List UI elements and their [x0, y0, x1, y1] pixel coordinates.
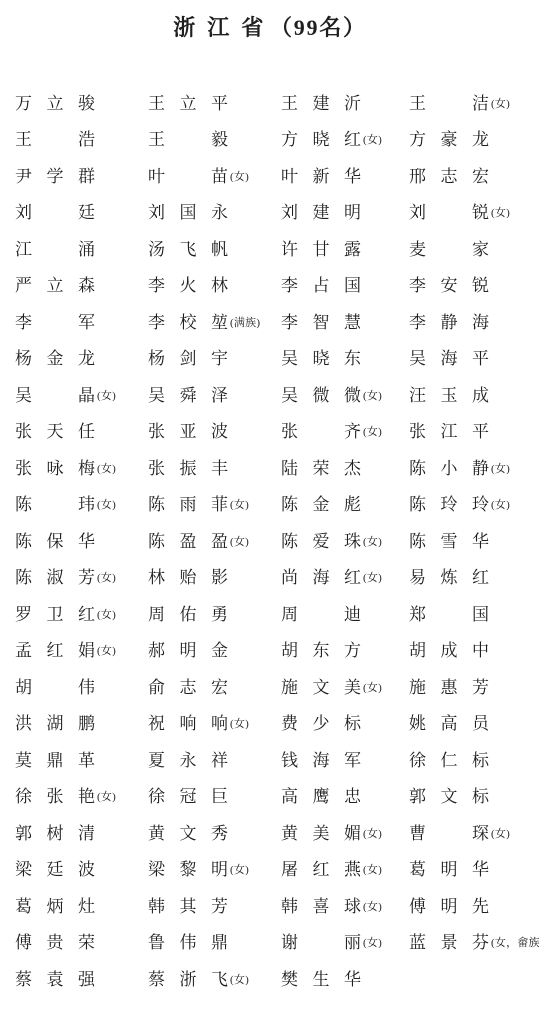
person-name-char: 露: [344, 241, 361, 258]
person-name: 汪玉成: [409, 387, 489, 404]
person-name-char: 学: [47, 168, 64, 185]
person-name-char: 徐: [148, 788, 165, 805]
person-name-char: 海: [472, 314, 489, 331]
person-name: 胡成中: [409, 642, 489, 659]
person-name-char: 玲: [441, 496, 458, 513]
person-name: 郝明金: [148, 642, 228, 659]
person-name: 王建沂: [281, 95, 361, 112]
person-name-char: 胡: [409, 642, 426, 659]
person-name: 陈盈盈: [148, 533, 228, 550]
person-note: (女): [97, 792, 116, 803]
person-name-char: 红: [313, 861, 330, 878]
person-name-char: 保: [47, 533, 64, 550]
name-grid: 万立骏王立平王建沂王洁(女)王浩王毅方晓红(女)方豪龙尹学群叶苗(女)叶新华邢志…: [15, 85, 536, 998]
page-title-count: （99名）: [270, 15, 367, 40]
person-name-char: 彪: [344, 496, 361, 513]
person-note: (女): [363, 865, 382, 876]
person-name: 邢志宏: [409, 168, 489, 185]
person-name-char: 安: [441, 277, 458, 294]
person-name-char: 占: [313, 277, 330, 294]
person-name-char: 立: [47, 95, 64, 112]
person-name-char: 廷: [78, 204, 95, 221]
person-cell: 周佑勇: [148, 596, 281, 633]
person-name-char: 鹏: [78, 715, 95, 732]
person-name-char: 巨: [211, 788, 228, 805]
person-name-char: 佑: [180, 606, 197, 623]
person-cell: 万立骏: [15, 85, 148, 122]
person-name-char: 艳: [78, 788, 95, 805]
person-note: (女): [97, 391, 116, 402]
person-name-char: 施: [281, 679, 298, 696]
person-name-char: 生: [313, 971, 330, 988]
person-name-char: 吴: [281, 387, 298, 404]
person-name-char: 王: [148, 131, 165, 148]
person-name-char: 樊: [281, 971, 298, 988]
person-cell: 郑国: [409, 596, 540, 633]
person-name-char: 黎: [180, 861, 197, 878]
person-name: 傅明先: [409, 898, 489, 915]
person-name-char: 骏: [78, 95, 95, 112]
person-name-char: 李: [148, 314, 165, 331]
person-name-char: 其: [180, 898, 197, 915]
person-name-char: 燕: [344, 861, 361, 878]
person-name-char: 方: [344, 642, 361, 659]
person-name: 刘锐: [409, 204, 489, 221]
person-name-char: 红: [472, 569, 489, 586]
person-cell: 张齐(女): [281, 414, 409, 451]
person-name-char: 李: [15, 314, 32, 331]
person-name-char: 张: [281, 423, 298, 440]
person-name: 胡伟: [15, 679, 95, 696]
person-name-char: 永: [180, 752, 197, 769]
person-name-char: 周: [148, 606, 165, 623]
person-name-char: 华: [344, 168, 361, 185]
person-cell: 郭文标: [409, 779, 540, 816]
person-name-char: 金: [211, 642, 228, 659]
person-name-char: 洪: [15, 715, 32, 732]
person-note: (女): [363, 902, 382, 913]
person-name-char: 施: [409, 679, 426, 696]
person-name: 严立森: [15, 277, 95, 294]
person-note: (女): [97, 573, 116, 584]
person-name-char: 王: [281, 95, 298, 112]
person-name: 陈玮: [15, 496, 95, 513]
person-cell: 费少标: [281, 706, 409, 743]
person-name-char: 舜: [180, 387, 197, 404]
person-cell: 王建沂: [281, 85, 409, 122]
person-name-char: 张: [15, 423, 32, 440]
person-name-char: 成: [441, 642, 458, 659]
person-cell: 徐张艳(女): [15, 779, 148, 816]
person-name-char: 先: [472, 898, 489, 915]
person-name-char: 鲁: [148, 934, 165, 951]
person-name-char: 杨: [148, 350, 165, 367]
person-note: (女): [363, 938, 382, 949]
person-name: 叶苗: [148, 168, 228, 185]
person-name-char: 志: [180, 679, 197, 696]
person-name-char: 智: [313, 314, 330, 331]
person-cell: 陈小静(女): [409, 450, 540, 487]
person-name-char: 龙: [78, 350, 95, 367]
person-name-char: 雨: [180, 496, 197, 513]
person-cell: 樊生华: [281, 961, 409, 998]
person-name-char: 郑: [409, 606, 426, 623]
person-name-char: 景: [441, 934, 458, 951]
person-name-char: 天: [47, 423, 64, 440]
person-cell: 施文美(女): [281, 669, 409, 706]
person-name: 刘国永: [148, 204, 228, 221]
person-name-char: 勇: [211, 606, 228, 623]
person-name-char: 美: [313, 825, 330, 842]
person-note: (女): [230, 865, 249, 876]
person-name: 周佑勇: [148, 606, 228, 623]
person-name-char: 立: [180, 95, 197, 112]
person-name-char: 张: [47, 788, 64, 805]
person-name-char: 李: [409, 277, 426, 294]
person-name-char: 鼎: [47, 752, 64, 769]
person-name-char: 钱: [281, 752, 298, 769]
person-name: 吴海平: [409, 350, 489, 367]
person-name-char: 静: [441, 314, 458, 331]
person-cell: 刘廷: [15, 195, 148, 232]
person-name-char: 许: [281, 241, 298, 258]
person-name: 徐冠巨: [148, 788, 228, 805]
person-cell: 张江平: [409, 414, 540, 451]
person-name-char: 张: [148, 423, 165, 440]
person-name-char: 王: [148, 95, 165, 112]
person-name-char: 影: [211, 569, 228, 586]
person-name-char: 军: [344, 752, 361, 769]
person-cell: 陆荣杰: [281, 450, 409, 487]
person-name-char: 飞: [180, 241, 197, 258]
person-name-char: 李: [409, 314, 426, 331]
person-name: 郭树清: [15, 825, 95, 842]
person-name-char: 袁: [47, 971, 64, 988]
person-name-char: 帆: [211, 241, 228, 258]
person-name: 陈爱珠: [281, 533, 361, 550]
person-name-char: 文: [313, 679, 330, 696]
person-name-char: 慧: [344, 314, 361, 331]
person-name: 郭文标: [409, 788, 489, 805]
person-cell: 郭树清: [15, 815, 148, 852]
person-name-char: 廷: [47, 861, 64, 878]
person-name-char: 徐: [409, 752, 426, 769]
person-name-char: 明: [344, 204, 361, 221]
person-name-char: 芬: [472, 934, 489, 951]
person-name: 俞志宏: [148, 679, 228, 696]
person-name-char: 员: [472, 715, 489, 732]
person-name: 许甘露: [281, 241, 361, 258]
person-name: 张咏梅: [15, 460, 95, 477]
person-name-char: 吴: [409, 350, 426, 367]
person-name-char: 建: [313, 204, 330, 221]
person-name: 尚海红: [281, 569, 361, 586]
person-name-char: 陈: [148, 496, 165, 513]
person-name-char: 金: [313, 496, 330, 513]
person-note: (女): [491, 829, 510, 840]
person-name-char: 灶: [78, 898, 95, 915]
person-name-char: 蓝: [409, 934, 426, 951]
person-cell: 麦家: [409, 231, 540, 268]
person-name-char: 梁: [148, 861, 165, 878]
person-name-char: 沂: [344, 95, 361, 112]
person-name-char: 陈: [409, 460, 426, 477]
person-name-char: 江: [15, 241, 32, 258]
person-note: (女): [491, 99, 510, 110]
person-name-char: 永: [211, 204, 228, 221]
person-name: 陈雪华: [409, 533, 489, 550]
person-name: 屠红燕: [281, 861, 361, 878]
person-name-char: 龙: [472, 131, 489, 148]
person-cell: 陈雪华: [409, 523, 540, 560]
person-cell: 张亚波: [148, 414, 281, 451]
person-name-char: 标: [472, 788, 489, 805]
person-name-char: 鼎: [211, 934, 228, 951]
person-name-char: 陈: [281, 533, 298, 550]
person-name-char: 尹: [15, 168, 32, 185]
person-cell: 李静海: [409, 304, 540, 341]
person-name-char: 清: [78, 825, 95, 842]
person-name: 梁黎明: [148, 861, 228, 878]
person-name-char: 傅: [15, 934, 32, 951]
person-name-char: 荣: [313, 460, 330, 477]
person-name-char: 仁: [441, 752, 458, 769]
person-name: 王浩: [15, 131, 95, 148]
person-cell: 梁廷波: [15, 852, 148, 889]
person-name-char: 鹰: [313, 788, 330, 805]
person-name-char: 陈: [15, 496, 32, 513]
person-name: 韩喜球: [281, 898, 361, 915]
person-cell: 夏永祥: [148, 742, 281, 779]
person-note: (女): [97, 646, 116, 657]
document-page: 浙江省（99名） 万立骏王立平王建沂王洁(女)王浩王毅方晓红(女)方豪龙尹学群叶…: [0, 0, 540, 1016]
person-cell: 孟红娟(女): [15, 633, 148, 670]
person-name-char: 国: [180, 204, 197, 221]
person-name-char: 梁: [15, 861, 32, 878]
person-cell: 林贻影: [148, 560, 281, 597]
person-name-char: 方: [281, 131, 298, 148]
person-cell: 张咏梅(女): [15, 450, 148, 487]
person-name-char: 锐: [472, 204, 489, 221]
person-name-char: 家: [472, 241, 489, 258]
person-cell: 蓝景芬(女，畲族): [409, 925, 540, 962]
person-name-char: 微: [313, 387, 330, 404]
person-name-char: 贵: [47, 934, 64, 951]
person-cell: 钱海军: [281, 742, 409, 779]
person-name-char: 森: [78, 277, 95, 294]
person-name: 李静海: [409, 314, 489, 331]
person-name-char: 立: [47, 277, 64, 294]
person-note: (女): [363, 391, 382, 402]
person-name-char: 小: [441, 460, 458, 477]
person-name-char: 锐: [472, 277, 489, 294]
person-name-char: 玉: [441, 387, 458, 404]
person-note: (女): [97, 464, 116, 475]
person-name: 麦家: [409, 241, 489, 258]
person-cell: 谢丽(女): [281, 925, 409, 962]
person-name: 洪湖鹏: [15, 715, 95, 732]
person-note: (女，畲族): [491, 938, 540, 949]
person-name-char: 华: [344, 971, 361, 988]
person-name-char: 振: [180, 460, 197, 477]
person-name-char: 明: [441, 898, 458, 915]
person-cell: 陈淑芳(女): [15, 560, 148, 597]
person-name-char: 炼: [441, 569, 458, 586]
person-name-char: 泽: [211, 387, 228, 404]
person-name-char: 吴: [148, 387, 165, 404]
person-name-char: 堃: [211, 314, 228, 331]
person-name-char: 明: [441, 861, 458, 878]
person-name-char: 郭: [409, 788, 426, 805]
person-name: 吴晓东: [281, 350, 361, 367]
person-name: 费少标: [281, 715, 361, 732]
person-cell: 方晓红(女): [281, 122, 409, 159]
person-cell: 葛炳灶: [15, 888, 148, 925]
person-name-char: 琛: [472, 825, 489, 842]
person-name-char: 伟: [180, 934, 197, 951]
person-note: (女): [363, 427, 382, 438]
person-note: (满族): [230, 318, 260, 329]
person-name-char: 丽: [344, 934, 361, 951]
person-name-char: 宇: [211, 350, 228, 367]
person-name-char: 邢: [409, 168, 426, 185]
person-name-char: 毅: [211, 131, 228, 148]
person-name: 汤飞帆: [148, 241, 228, 258]
person-cell: 叶苗(女): [148, 158, 281, 195]
person-cell: 高鹰忠: [281, 779, 409, 816]
person-name-char: 祥: [211, 752, 228, 769]
person-cell: 李安锐: [409, 268, 540, 305]
person-name: 徐仁标: [409, 752, 489, 769]
person-cell: 俞志宏: [148, 669, 281, 706]
person-note: (女): [230, 537, 249, 548]
person-name-char: 洁: [472, 95, 489, 112]
person-cell: 吴海平: [409, 341, 540, 378]
person-name-char: 晓: [313, 131, 330, 148]
person-name-char: 军: [78, 314, 95, 331]
person-name-char: 晶: [78, 387, 95, 404]
person-cell: 方豪龙: [409, 122, 540, 159]
person-name-char: 莫: [15, 752, 32, 769]
person-name-char: 红: [344, 131, 361, 148]
person-name: 王立平: [148, 95, 228, 112]
person-name-char: 陈: [409, 496, 426, 513]
person-name-char: 秀: [211, 825, 228, 842]
person-cell: 江涌: [15, 231, 148, 268]
person-name-char: 湖: [47, 715, 64, 732]
person-name-char: 豪: [441, 131, 458, 148]
person-name-char: 李: [148, 277, 165, 294]
person-name-char: 惠: [441, 679, 458, 696]
person-cell: 陈玲玲(女): [409, 487, 540, 524]
person-name: 杨金龙: [15, 350, 95, 367]
person-cell: 曹琛(女): [409, 815, 540, 852]
person-name: 徐张艳: [15, 788, 95, 805]
person-name: 陈玲玲: [409, 496, 489, 513]
person-note: (女): [230, 500, 249, 511]
person-name-char: 蔡: [15, 971, 32, 988]
person-name-char: 宏: [472, 168, 489, 185]
person-name-char: 海: [441, 350, 458, 367]
person-name-char: 珠: [344, 533, 361, 550]
person-name-char: 浙: [180, 971, 197, 988]
person-name-char: 咏: [47, 460, 64, 477]
person-cell: 陈保华: [15, 523, 148, 560]
person-cell: 陈雨菲(女): [148, 487, 281, 524]
empty-cell: [409, 961, 540, 998]
person-name: 蔡浙飞: [148, 971, 228, 988]
person-name-char: 林: [211, 277, 228, 294]
person-name: 张齐: [281, 423, 361, 440]
person-cell: 莫鼎革: [15, 742, 148, 779]
person-cell: 李占国: [281, 268, 409, 305]
person-cell: 王立平: [148, 85, 281, 122]
person-name-char: 韩: [148, 898, 165, 915]
person-name-char: 晓: [313, 350, 330, 367]
person-name: 曹琛: [409, 825, 489, 842]
person-name: 高鹰忠: [281, 788, 361, 805]
person-name-char: 媚: [344, 825, 361, 842]
person-name-char: 芳: [472, 679, 489, 696]
person-name-char: 盈: [211, 533, 228, 550]
person-name: 刘建明: [281, 204, 361, 221]
person-name-char: 陈: [15, 533, 32, 550]
person-note: (女): [230, 975, 249, 986]
person-name: 张振丰: [148, 460, 228, 477]
person-name-char: 浩: [78, 131, 95, 148]
person-cell: 汤飞帆: [148, 231, 281, 268]
person-name: 周迪: [281, 606, 361, 623]
person-cell: 刘锐(女): [409, 195, 540, 232]
person-name: 施文美: [281, 679, 361, 696]
person-name-char: 玲: [472, 496, 489, 513]
person-cell: 尚海红(女): [281, 560, 409, 597]
person-name-char: 标: [344, 715, 361, 732]
person-name-char: 孟: [15, 642, 32, 659]
person-name-char: 卫: [47, 606, 64, 623]
person-name-char: 玮: [78, 496, 95, 513]
person-name: 钱海军: [281, 752, 361, 769]
person-name: 杨剑宇: [148, 350, 228, 367]
person-note: (女): [491, 464, 510, 475]
person-name: 陆荣杰: [281, 460, 361, 477]
person-note: (女): [230, 172, 249, 183]
person-name: 傅贵荣: [15, 934, 95, 951]
person-name-char: 王: [15, 131, 32, 148]
person-name-char: 葛: [409, 861, 426, 878]
person-cell: 屠红燕(女): [281, 852, 409, 889]
person-name-char: 林: [148, 569, 165, 586]
person-name: 林贻影: [148, 569, 228, 586]
person-name-char: 任: [78, 423, 95, 440]
person-name-char: 金: [47, 350, 64, 367]
person-name: 李占国: [281, 277, 361, 294]
person-name-char: 波: [211, 423, 228, 440]
person-name-char: 徐: [15, 788, 32, 805]
person-note: (女): [363, 683, 382, 694]
person-name-char: 汤: [148, 241, 165, 258]
person-name: 韩其芳: [148, 898, 228, 915]
person-name: 黄美媚: [281, 825, 361, 842]
person-cell: 葛明华: [409, 852, 540, 889]
person-name-char: 飞: [211, 971, 228, 988]
person-name: 方豪龙: [409, 131, 489, 148]
person-cell: 姚高员: [409, 706, 540, 743]
person-cell: 陈盈盈(女): [148, 523, 281, 560]
person-name-char: 刘: [281, 204, 298, 221]
person-cell: 傅贵荣: [15, 925, 148, 962]
person-note: (女): [363, 573, 382, 584]
